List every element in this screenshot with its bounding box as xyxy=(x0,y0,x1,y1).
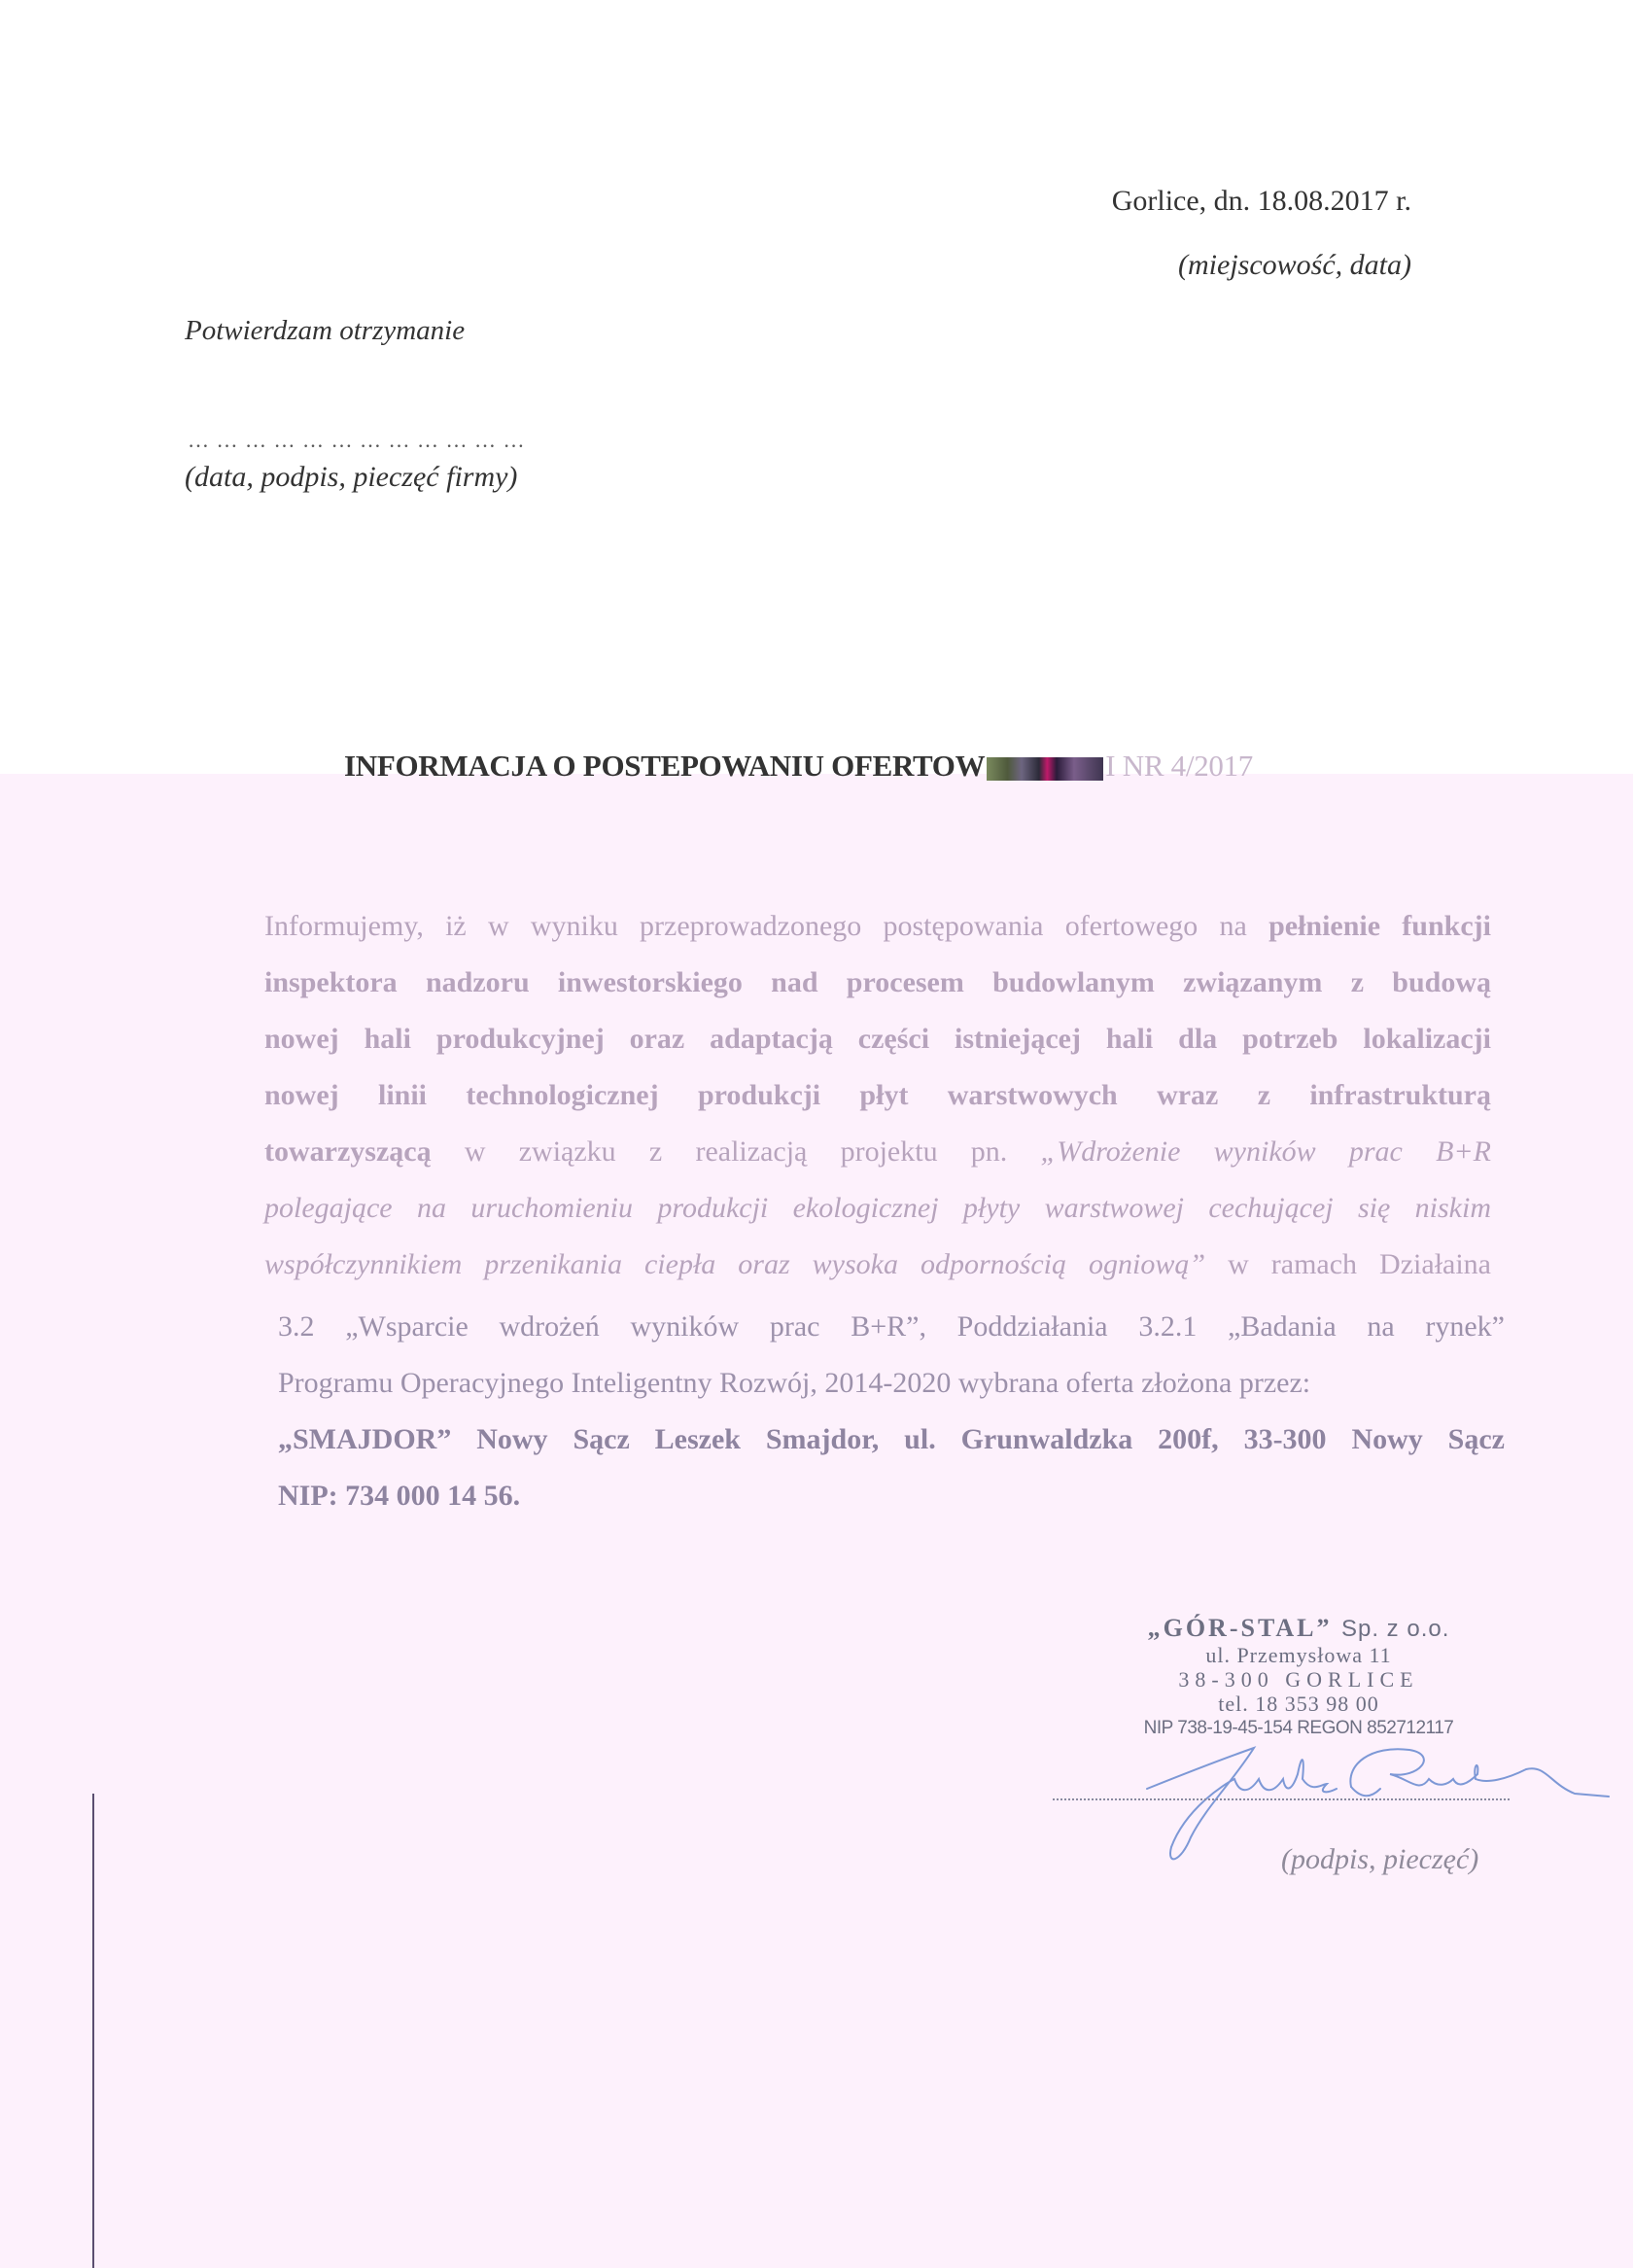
body-line: współczynnikiem przenikania ciepła oraz … xyxy=(264,1237,1491,1293)
stamp-street: ul. Przemysłowa 11 xyxy=(1104,1643,1493,1667)
stamp-company-suffix: Sp. z o.o. xyxy=(1341,1616,1449,1642)
body-paragraph-part-1: Informujemy, iż w wyniku przeprowadzoneg… xyxy=(264,898,1491,1293)
body-line: nowej linii technologicznej produkcji pł… xyxy=(264,1067,1491,1124)
body-line: 3.2 „Wsparcie wdrożeń wyników prac B+R”,… xyxy=(278,1299,1505,1355)
scan-edge-line xyxy=(92,1794,94,2268)
receipt-confirmation-label: Potwierdzam otrzymanie xyxy=(185,315,465,347)
selected-bidder-nip: NIP: 734 000 14 56. xyxy=(278,1468,1505,1524)
scan-artifact xyxy=(987,757,1103,781)
place-date-caption: (miejscowość, data) xyxy=(1178,249,1411,282)
body-line: towarzyszącą w związku z realizacją proj… xyxy=(264,1124,1491,1180)
stamp-city: 38-300 GORLICE xyxy=(1104,1667,1493,1692)
signature-caption: (podpis, pieczęć) xyxy=(1281,1843,1478,1876)
body-paragraph-part-2: 3.2 „Wsparcie wdrożeń wyników prac B+R”,… xyxy=(278,1299,1505,1524)
receipt-signature-line: … … … … … … … … … … … … xyxy=(188,428,526,453)
body-line: Programu Operacyjnego Inteligentny Rozwó… xyxy=(278,1355,1505,1412)
document-title: INFORMACJA O POSTEPOWANIU OFERTOWI NR 4/… xyxy=(344,749,1253,784)
stamp-company-name: „GÓR-STAL” xyxy=(1148,1614,1333,1642)
company-stamp: „GÓR-STAL” Sp. z o.o. ul. Przemysłowa 11… xyxy=(1104,1614,1493,1740)
body-line: Informujemy, iż w wyniku przeprowadzoneg… xyxy=(264,898,1491,955)
place-date: Gorlice, dn. 18.08.2017 r. xyxy=(1112,185,1411,218)
receipt-caption: (data, podpis, pieczęć firmy) xyxy=(185,461,517,494)
stamp-phone: tel. 18 353 98 00 xyxy=(1104,1692,1493,1716)
body-line: polegające na uruchomieniu produkcji eko… xyxy=(264,1180,1491,1237)
body-line: nowej hali produkcyjnej oraz adaptacją c… xyxy=(264,1011,1491,1067)
signature-dotted-line xyxy=(1053,1798,1510,1800)
selected-bidder: „SMAJDOR” Nowy Sącz Leszek Smajdor, ul. … xyxy=(278,1412,1505,1468)
title-main: INFORMACJA O POSTEPOWANIU OFERTOW xyxy=(344,749,985,783)
title-number: I NR 4/2017 xyxy=(1105,749,1253,783)
stamp-ids: NIP 738-19-45-154 REGON 852712117 xyxy=(1104,1716,1493,1740)
body-line: inspektora nadzoru inwestorskiego nad pr… xyxy=(264,955,1491,1011)
